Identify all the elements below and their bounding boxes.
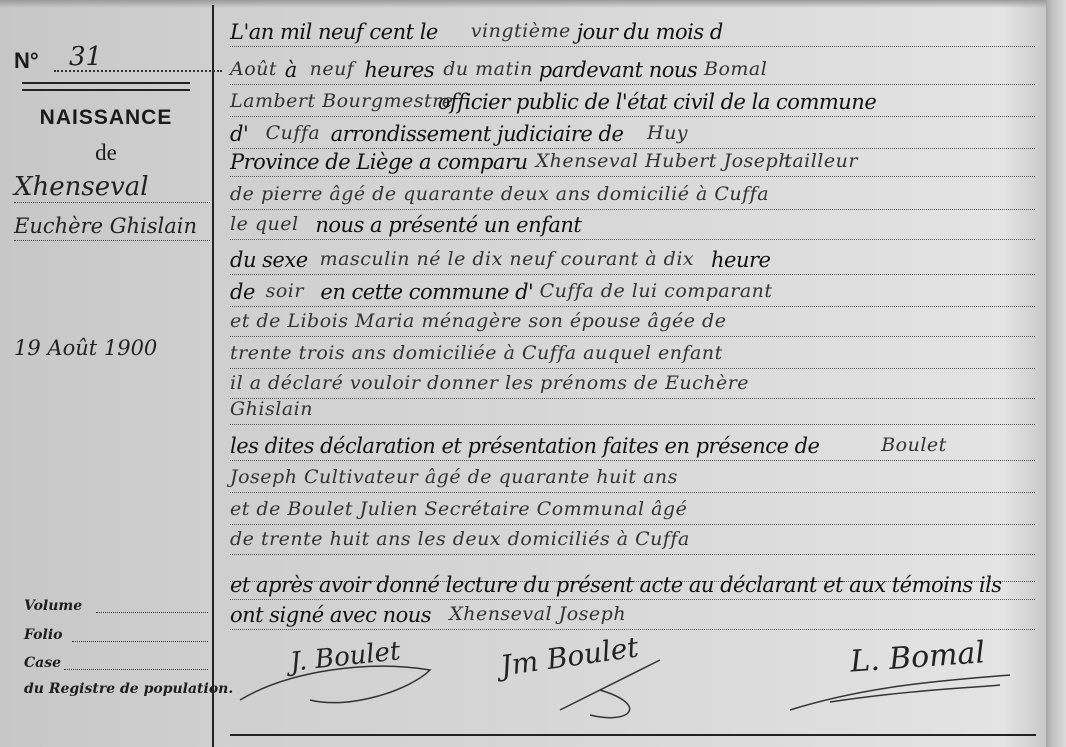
- body-line: Ghislain: [230, 398, 1030, 432]
- handwritten-entry: masculin né le dix neuf courant à dix: [320, 248, 695, 270]
- birth-date: 19 Août 1900: [14, 336, 157, 360]
- child-surname: Xhenseval: [14, 172, 210, 203]
- handwritten-entry: trente trois ans domiciliée à Cuffa auqu…: [230, 342, 723, 364]
- printed-text: L'an mil neuf cent le: [230, 20, 438, 44]
- body-line: L'an mil neuf cent levingtièmejour du mo…: [230, 20, 1030, 54]
- record-type-de: de: [0, 140, 212, 166]
- handwritten-entry: Cuffa: [266, 122, 321, 144]
- child-given-names: Euchère Ghislain: [14, 212, 210, 241]
- registre-label: du Registre de population.: [24, 681, 233, 697]
- body-line: Joseph Cultivateur âgé de quarante huit …: [230, 466, 1030, 500]
- printed-text: heure: [711, 248, 770, 272]
- handwritten-entry: Xhenseval Joseph: [449, 603, 626, 625]
- act-number: N° 31: [14, 48, 209, 78]
- body-line: trente trois ans domiciliée à Cuffa auqu…: [230, 342, 1030, 376]
- volume-label: Volume: [24, 598, 82, 614]
- page-top-shadow: [0, 0, 1066, 8]
- handwritten-entry: Ghislain: [230, 398, 313, 420]
- handwritten-entry: du matin: [443, 58, 533, 80]
- printed-text: et après avoir donné lecture du présent …: [230, 573, 1002, 597]
- page-edge: [1046, 0, 1066, 747]
- handwritten-entry: soir: [266, 280, 304, 302]
- register-page: N° 31 NAISSANCE de Xhenseval Euchère Ghi…: [0, 0, 1046, 747]
- handwritten-entry: il a déclaré vouloir donner les prénoms …: [230, 372, 749, 394]
- printed-text: arrondissement judiciaire de: [331, 122, 624, 146]
- body-line: et après avoir donné lecture du présent …: [230, 573, 1030, 607]
- handwritten-entry: Lambert Bourgmestre: [230, 90, 453, 112]
- body-line: et de Libois Maria ménagère son épouse â…: [230, 310, 1030, 344]
- handwritten-entry: tailleur: [784, 150, 858, 172]
- body-line: le quelnous a présenté un enfant: [230, 213, 1030, 247]
- printed-text: les dites déclaration et présentation fa…: [230, 434, 819, 458]
- volume-line: [96, 612, 208, 613]
- handwritten-entry: et de Boulet Julien Secrétaire Communal …: [230, 498, 687, 520]
- printed-text: ont signé avec nous: [230, 603, 431, 627]
- printed-text: de: [230, 280, 255, 304]
- handwritten-entry: Boulet: [881, 434, 947, 456]
- handwritten-entry: de trente huit ans les deux domiciliés à…: [230, 528, 690, 550]
- case-line: [64, 669, 208, 670]
- handwritten-entry: neuf: [310, 58, 355, 80]
- body-line: du sexemasculin né le dix neuf courant à…: [230, 248, 1030, 282]
- handwritten-entry: vingtième: [471, 20, 571, 42]
- double-rule: [22, 82, 190, 91]
- folio-label: Folio: [24, 627, 63, 643]
- number-label: N°: [14, 48, 39, 74]
- record-type-title: NAISSANCE: [0, 106, 212, 130]
- handwritten-entry: Bomal: [704, 58, 767, 80]
- body-line: les dites déclaration et présentation fa…: [230, 434, 1030, 468]
- handwritten-entry: Joseph Cultivateur âgé de quarante huit …: [230, 466, 678, 488]
- body-line: de pierre âgé de quarante deux ans domic…: [230, 183, 1030, 217]
- handwritten-entry: de pierre âgé de quarante deux ans domic…: [230, 183, 769, 205]
- printed-text: d': [230, 122, 248, 146]
- printed-text: jour du mois d: [577, 20, 723, 44]
- handwritten-entry: et de Libois Maria ménagère son épouse â…: [230, 310, 726, 332]
- signature-flourishes: [230, 630, 1040, 730]
- printed-text: pardevant nous: [539, 58, 697, 82]
- folio-line: [72, 641, 208, 642]
- body-line: Lambert Bourgmestreofficier public de l'…: [230, 90, 1030, 124]
- handwritten-entry: Xhenseval Hubert Joseph: [536, 150, 791, 172]
- body-line: et de Boulet Julien Secrétaire Communal …: [230, 498, 1030, 532]
- handwritten-entry: le quel: [230, 213, 299, 235]
- printed-text: du sexe: [230, 248, 308, 272]
- handwritten-entry: Huy: [647, 122, 688, 144]
- number-value: 31: [69, 42, 102, 72]
- printed-text: en cette commune d': [320, 280, 533, 304]
- printed-text: heures: [364, 58, 434, 82]
- handwritten-entry: Août: [230, 58, 277, 80]
- bottom-rule: [230, 734, 1036, 736]
- printed-text: à: [285, 58, 297, 82]
- body-line: Province de Liège a comparuXhenseval Hub…: [230, 150, 1030, 184]
- body-line: desoiren cette commune d'Cuffa de lui co…: [230, 280, 1030, 314]
- case-label: Case: [24, 655, 61, 671]
- printed-text: officier public de l'état civil de la co…: [438, 90, 876, 114]
- margin-divider: [212, 5, 214, 747]
- printed-text: nous a présenté un enfant: [315, 213, 581, 237]
- handwritten-entry: Cuffa de lui comparant: [540, 280, 773, 302]
- printed-text: Province de Liège a comparu: [230, 150, 528, 174]
- body-line: Aoûtàneufheuresdu matinpardevant nousBom…: [230, 58, 1030, 92]
